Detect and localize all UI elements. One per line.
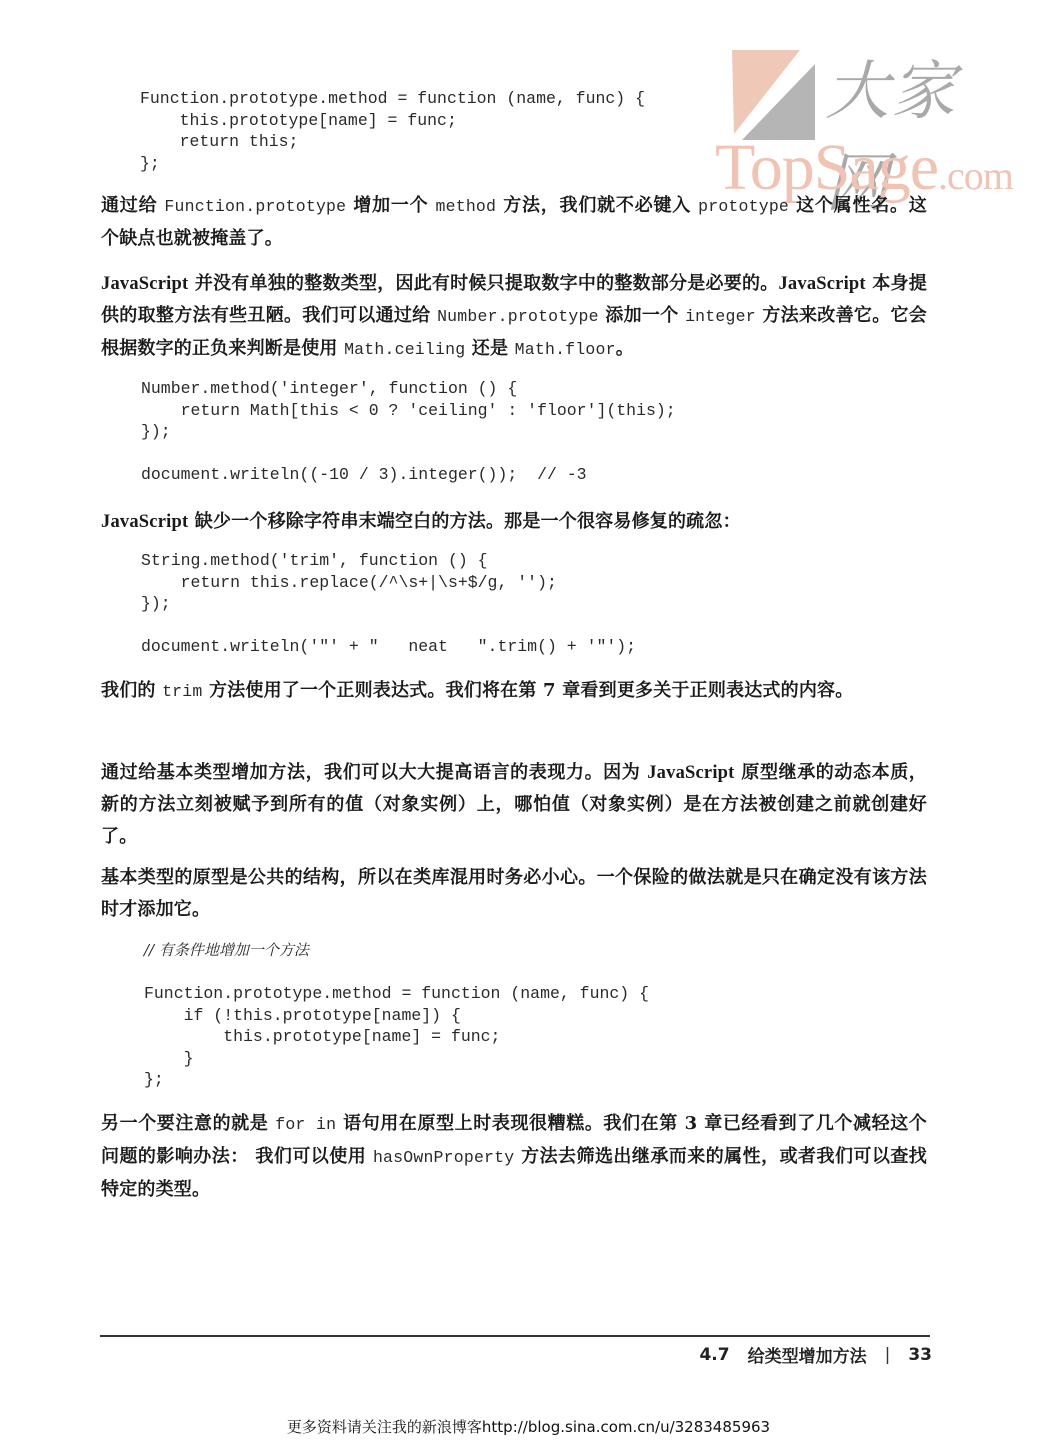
code-line: Function.prototype.method = function (na… [140,89,645,108]
inline-code: hasOwnProperty [373,1148,514,1167]
code-block: Number.method('integer', function () { r… [141,378,676,486]
body-paragraph: 通过给 Function.prototype 增加一个 method 方法，我们… [101,190,927,255]
footer-rule [100,1335,930,1337]
section-number: 4.7 [699,1345,729,1365]
paragraph-text: 添加一个 [599,305,685,326]
section-title: 给类型增加方法 [748,1342,867,1367]
topsage-watermark: 大家网 TopSage.com [705,30,1015,200]
code-line: Number.method('integer', function () { [141,379,517,398]
code-line: } [144,1049,194,1068]
code-line: return this; [140,132,298,151]
body-paragraph: 我们的 trim 方法使用了一个正则表达式。我们将在第 7 章看到更多关于正则表… [101,675,927,708]
paragraph-text: 基本类型的原型是公共的结构，所以在类库混用时务必小心。一个保险的做法就是只在确定… [101,867,927,920]
code-line: }; [144,1070,164,1089]
paragraph-text: 另一个要注意的就是 [101,1113,275,1134]
inline-code: integer [685,307,756,326]
paragraph-text: 方法，我们就不必键入 [496,195,698,216]
running-footer: 4.7 给类型增加方法 | 33 [699,1342,932,1367]
code-line: String.method('trim', function () { [141,551,488,570]
blog-note: 更多资料请关注我的新浪博客http://blog.sina.com.cn/u/3… [0,1416,1057,1437]
paragraph-text: JavaScript [101,512,188,532]
body-paragraph: JavaScript 并没有单独的整数类型，因此有时候只提取数字中的整数部分是必… [101,268,927,366]
inline-code: Math.floor [515,340,616,359]
inline-code: trim [162,682,202,701]
paragraph-text: 我们的 [101,680,162,701]
inline-code: method [436,197,497,216]
watermark-tld: .com [938,153,1013,198]
code-line: if (!this.prototype[name]) { [144,1006,461,1025]
code-block: Function.prototype.method = function (na… [140,88,645,174]
paragraph-text: JavaScript [647,763,734,783]
code-line: }); [141,594,171,613]
code-line: }); [141,422,171,441]
paragraph-text: 方法使用了一个正则表达式。我们将在第 7 章看到更多关于正则表达式的内容。 [203,680,854,701]
book-page: 大家网 TopSage.com Function.prototype.metho… [0,0,1057,1441]
paragraph-text: JavaScript [101,274,188,294]
code-line: Function.prototype.method = function (na… [144,984,649,1003]
code-line: return Math[this < 0 ? 'ceiling' : 'floo… [141,401,676,420]
body-paragraph: 另一个要注意的就是 for in 语句用在原型上时表现很糟糕。我们在第 3 章已… [101,1108,927,1206]
inline-code: Function.prototype [164,197,346,216]
code-line: this.prototype[name] = func; [144,1027,500,1046]
paragraph-text: 还是 [465,338,514,359]
code-comment: // 有条件地增加一个方法 [144,941,309,959]
code-block: String.method('trim', function () { retu… [141,550,636,658]
paragraph-text: 缺少一个移除字符串末端空白的方法。那是一个很容易修复的疏忽： [188,511,740,532]
body-paragraph: 通过给基本类型增加方法，我们可以大大提高语言的表现力。因为 JavaScript… [101,757,927,853]
inline-code: Math.ceiling [344,340,465,359]
code-line: document.writeln('"' + " neat ".trim() +… [141,637,636,656]
code-line: document.writeln((-10 / 3).integer()); /… [141,465,587,484]
body-paragraph: JavaScript 缺少一个移除字符串末端空白的方法。那是一个很容易修复的疏忽… [101,506,927,538]
paragraph-text: 通过给 [101,195,164,216]
paragraph-text: 增加一个 [346,195,435,216]
inline-code: for in [275,1115,336,1134]
code-block: // 有条件地增加一个方法 Function.prototype.method … [144,940,649,1091]
inline-code: Number.prototype [437,307,599,326]
paragraph-text: 通过给基本类型增加方法，我们可以大大提高语言的表现力。因为 [101,762,647,783]
paragraph-text: JavaScript [778,274,865,294]
code-line: }; [140,154,160,173]
paragraph-text: 并没有单独的整数类型，因此有时候只提取数字中的整数部分是必要的。 [188,273,778,294]
code-line: this.prototype[name] = func; [140,111,457,130]
paragraph-text: 。 [616,338,634,359]
footer-separator: | [885,1345,891,1365]
page-number: 33 [908,1345,932,1365]
inline-code: prototype [698,197,789,216]
code-line: return this.replace(/^\s+|\s+$/g, ''); [141,573,557,592]
body-paragraph: 基本类型的原型是公共的结构，所以在类库混用时务必小心。一个保险的做法就是只在确定… [101,862,927,926]
